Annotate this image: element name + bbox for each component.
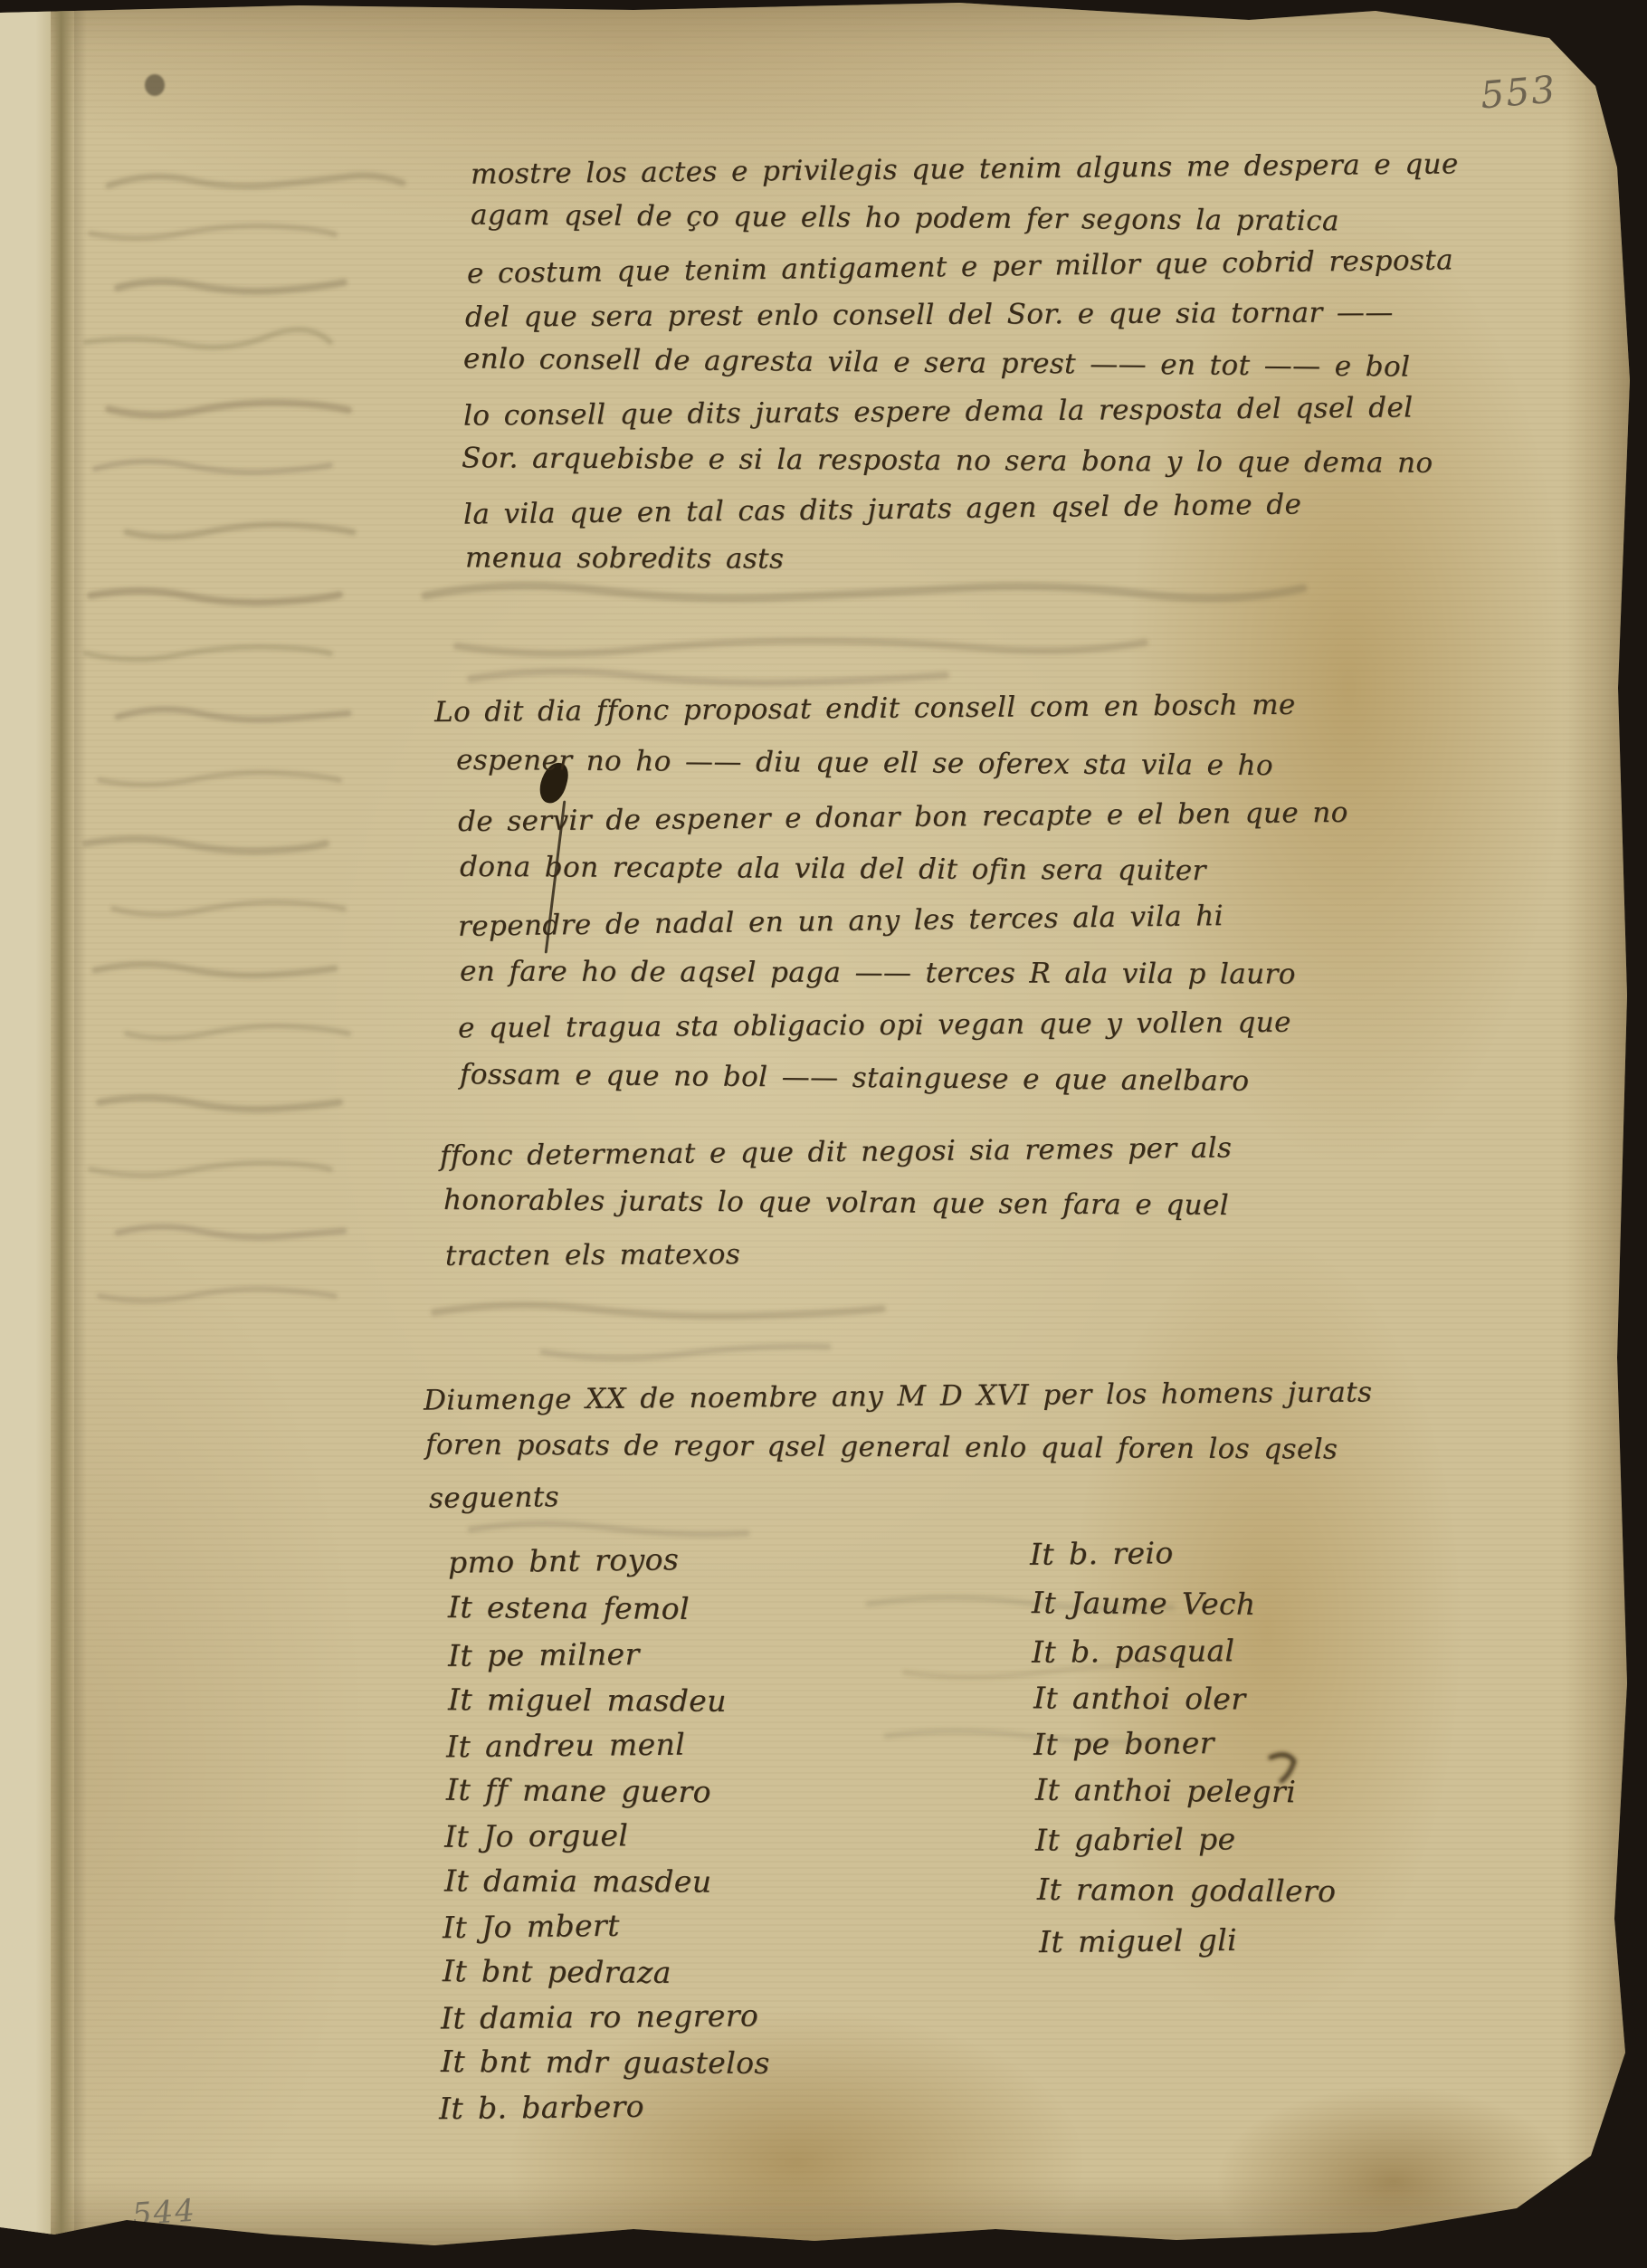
name-entry: It b. pasqual — [1032, 1635, 1235, 1667]
manuscript-photo: 553 544 mostre los actes e privilegis qu… — [0, 0, 1647, 2268]
name-entry: It damia ro negrero — [441, 2000, 758, 2033]
manuscript-text-line: tracten els matexos — [445, 1241, 740, 1271]
name-entry: It Jo mbert — [443, 1911, 620, 1942]
name-entry: It Jo orguel — [444, 1820, 629, 1851]
name-entry: It bnt pedraza — [443, 1956, 671, 1987]
manuscript-text-line: lo consell que dits jurats espere dema l… — [463, 394, 1414, 430]
name-entry: It b. barbero — [439, 2092, 644, 2123]
name-entry: It miguel masdeu — [448, 1684, 727, 1716]
name-entry: It damia masdeu — [444, 1865, 712, 1896]
name-entry: It estena femol — [448, 1592, 690, 1624]
manuscript-text-line: ffonc determenat e que dit negosi sia re… — [440, 1134, 1233, 1170]
name-entry: It b. reio — [1030, 1538, 1174, 1569]
manuscript-text-line: Lo dit dia ffonc proposat endit consell … — [434, 691, 1296, 727]
name-entry: It anthoi pelegri — [1035, 1775, 1296, 1807]
manuscript-text-line: agam qsel de ço que ells ho podem fer se… — [471, 202, 1339, 236]
manuscript-text-line: en fare ho de aqsel paga —— terces R ala… — [460, 958, 1296, 988]
name-entry: It ramon godallero — [1037, 1874, 1337, 1906]
manuscript-text-line: dona bon recapte ala vila del dit ofin s… — [460, 853, 1206, 885]
manuscript-text-line: seguents — [429, 1483, 559, 1513]
manuscript-text-line: espener no ho —— diu que ell se oferex s… — [456, 747, 1273, 780]
name-entry: It pe boner — [1033, 1728, 1214, 1759]
manuscript-text-line: enlo consell de agresta vila e sera pres… — [463, 345, 1411, 381]
show-through-ink — [0, 0, 1647, 2268]
name-entry: It gabriel pe — [1035, 1824, 1236, 1854]
manuscript-text-line: Diumenge XX de noembre any M D XVI per l… — [424, 1378, 1373, 1415]
name-entry: It ff mane guero — [446, 1775, 711, 1807]
name-entry: It miguel gli — [1039, 1925, 1237, 1957]
manuscript-page: 553 544 mostre los actes e privilegis qu… — [0, 0, 1647, 2268]
ink-speck — [145, 74, 165, 96]
name-entry: pmo bnt royos — [448, 1544, 680, 1577]
manuscript-text-line: del que sera prest enlo consell del Sor.… — [465, 299, 1394, 331]
name-entry: It anthoi oler — [1033, 1682, 1246, 1713]
manuscript-text-line: Sor. arquebisbe e si la resposta no sera… — [462, 444, 1433, 478]
manuscript-text-line: e quel tragua sta obligacio opi vegan qu… — [458, 1009, 1291, 1043]
folio-number-top: 553 — [1479, 71, 1558, 114]
manuscript-text-line: foren posats de regor qsel general enlo … — [425, 1431, 1338, 1463]
name-entry: It andreu menl — [446, 1730, 685, 1762]
name-entry: It bnt mdr guastelos — [441, 2046, 770, 2078]
name-entry: It Jaume Vech — [1032, 1587, 1256, 1619]
manuscript-text-line: honorables jurats lo que volran que sen … — [443, 1186, 1229, 1220]
manuscript-text-line: menua sobredits asts — [465, 544, 784, 573]
folio-number-bottom: 544 — [131, 2196, 197, 2231]
name-entry: It pe milner — [448, 1639, 640, 1671]
manuscript-text-line: fossam e que no bol —— stainguese e que … — [460, 1061, 1250, 1096]
